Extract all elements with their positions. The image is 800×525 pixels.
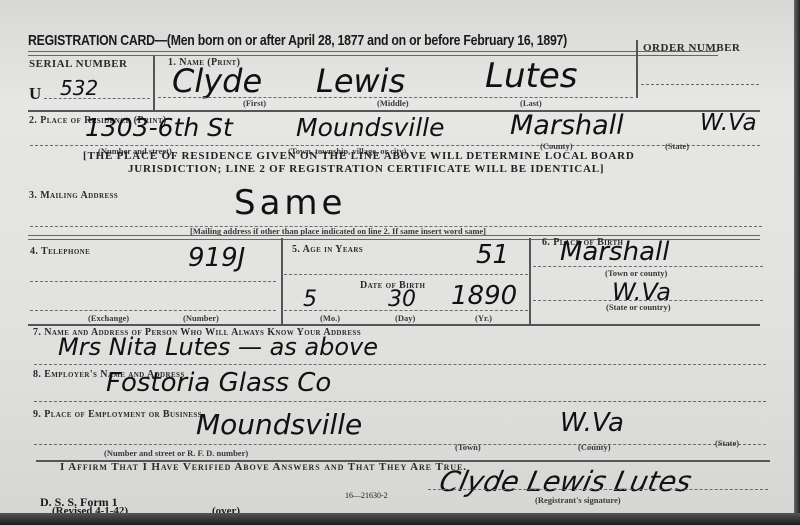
mailing-value: Same: [234, 183, 346, 223]
telephone-line-1: [30, 281, 276, 282]
dob-line: [284, 310, 528, 311]
registrant-signature: Clyde Lewis Lutes: [436, 465, 694, 498]
mailing-label: 3. Mailing Address: [29, 190, 118, 201]
employment-street-caption: (Number and street or R. F. D. number): [104, 448, 248, 458]
contact-line: [34, 364, 766, 365]
last-name-value: Lutes: [485, 56, 577, 96]
age-label: 5. Age in Years: [292, 244, 363, 255]
first-caption: (First): [243, 98, 266, 108]
birthplace-town-value: Marshall: [560, 237, 669, 267]
dob-month-value: 5: [303, 287, 317, 312]
serial-number-label: SERIAL NUMBER: [29, 58, 128, 70]
day-caption: (Day): [395, 313, 415, 323]
registration-card: REGISTRATION CARD—(Men born on or after …: [0, 0, 794, 515]
employment-state-value: W.Va: [560, 408, 624, 438]
exchange-caption: (Exchange): [88, 313, 129, 323]
signature-caption: (Registrant's signature): [535, 495, 621, 505]
row-divider: [28, 110, 760, 112]
divider: [636, 40, 638, 98]
telephone-line-2: [30, 310, 276, 311]
employment-county-caption: (County): [578, 442, 611, 452]
print-code: 16—21630-2: [345, 491, 388, 500]
row-divider: [28, 324, 760, 326]
birthplace-town-line: [533, 266, 763, 267]
divider: [153, 55, 155, 111]
divider: [529, 238, 531, 326]
residence-county-value: Marshall: [510, 110, 624, 141]
dob-year-value: 1890: [451, 281, 517, 311]
card-title: REGISTRATION CARD—(Men born on or after …: [28, 32, 567, 49]
employment-state-caption: (State): [715, 438, 739, 448]
middle-caption: (Middle): [377, 98, 409, 108]
birthplace-town-caption: (Town or county): [605, 268, 667, 278]
residence-notice-line2: JURISDICTION; LINE 2 OF REGISTRATION CER…: [128, 163, 604, 175]
serial-number-value: 532: [60, 76, 98, 100]
first-name-value: Clyde: [172, 62, 262, 100]
signature-line: [428, 489, 768, 490]
serial-prefix: U: [29, 84, 41, 104]
telephone-label: 4. Telephone: [30, 246, 90, 257]
birthplace-state-caption: (State or country): [606, 302, 671, 312]
employment-town-caption: (Town): [455, 442, 481, 452]
last-caption: (Last): [520, 98, 542, 108]
title-underline: [28, 51, 358, 56]
residence-notice-line1: [THE PLACE OF RESIDENCE GIVEN ON THE LIN…: [83, 150, 635, 162]
contact-value: Mrs Nita Lutes — as above: [58, 333, 378, 361]
affirmation-text: I Affirm That I Have Verified Above Answ…: [60, 461, 467, 473]
divider: [281, 238, 283, 326]
serial-line: [44, 98, 150, 99]
state-caption: (State): [665, 141, 689, 151]
age-value: 51: [476, 240, 509, 270]
month-caption: (Mo.): [320, 313, 340, 323]
residence-state-value: W.Va: [700, 110, 757, 136]
residence-town-value: Moundsville: [296, 113, 444, 142]
order-number-label: ORDER NUMBER: [643, 42, 740, 54]
middle-name-value: Lewis: [316, 62, 405, 100]
employment-line: [34, 444, 766, 445]
scan-edge: [0, 513, 800, 525]
scan-edge: [794, 0, 800, 525]
age-line: [284, 274, 528, 275]
employment-town-value: Moundsville: [196, 408, 362, 441]
residence-street-value: 1303-6th St: [85, 113, 233, 142]
order-number-line: [641, 84, 759, 85]
employer-line: [34, 401, 766, 402]
employer-value: Fostoria Glass Co: [106, 368, 331, 398]
dob-day-value: 30: [388, 287, 416, 312]
number-caption: (Number): [183, 313, 219, 323]
telephone-value: 919J: [188, 243, 245, 273]
year-caption: (Yr.): [475, 313, 492, 323]
birthplace-state-line: [533, 300, 763, 301]
employment-label: 9. Place of Employment or Business: [33, 409, 202, 420]
